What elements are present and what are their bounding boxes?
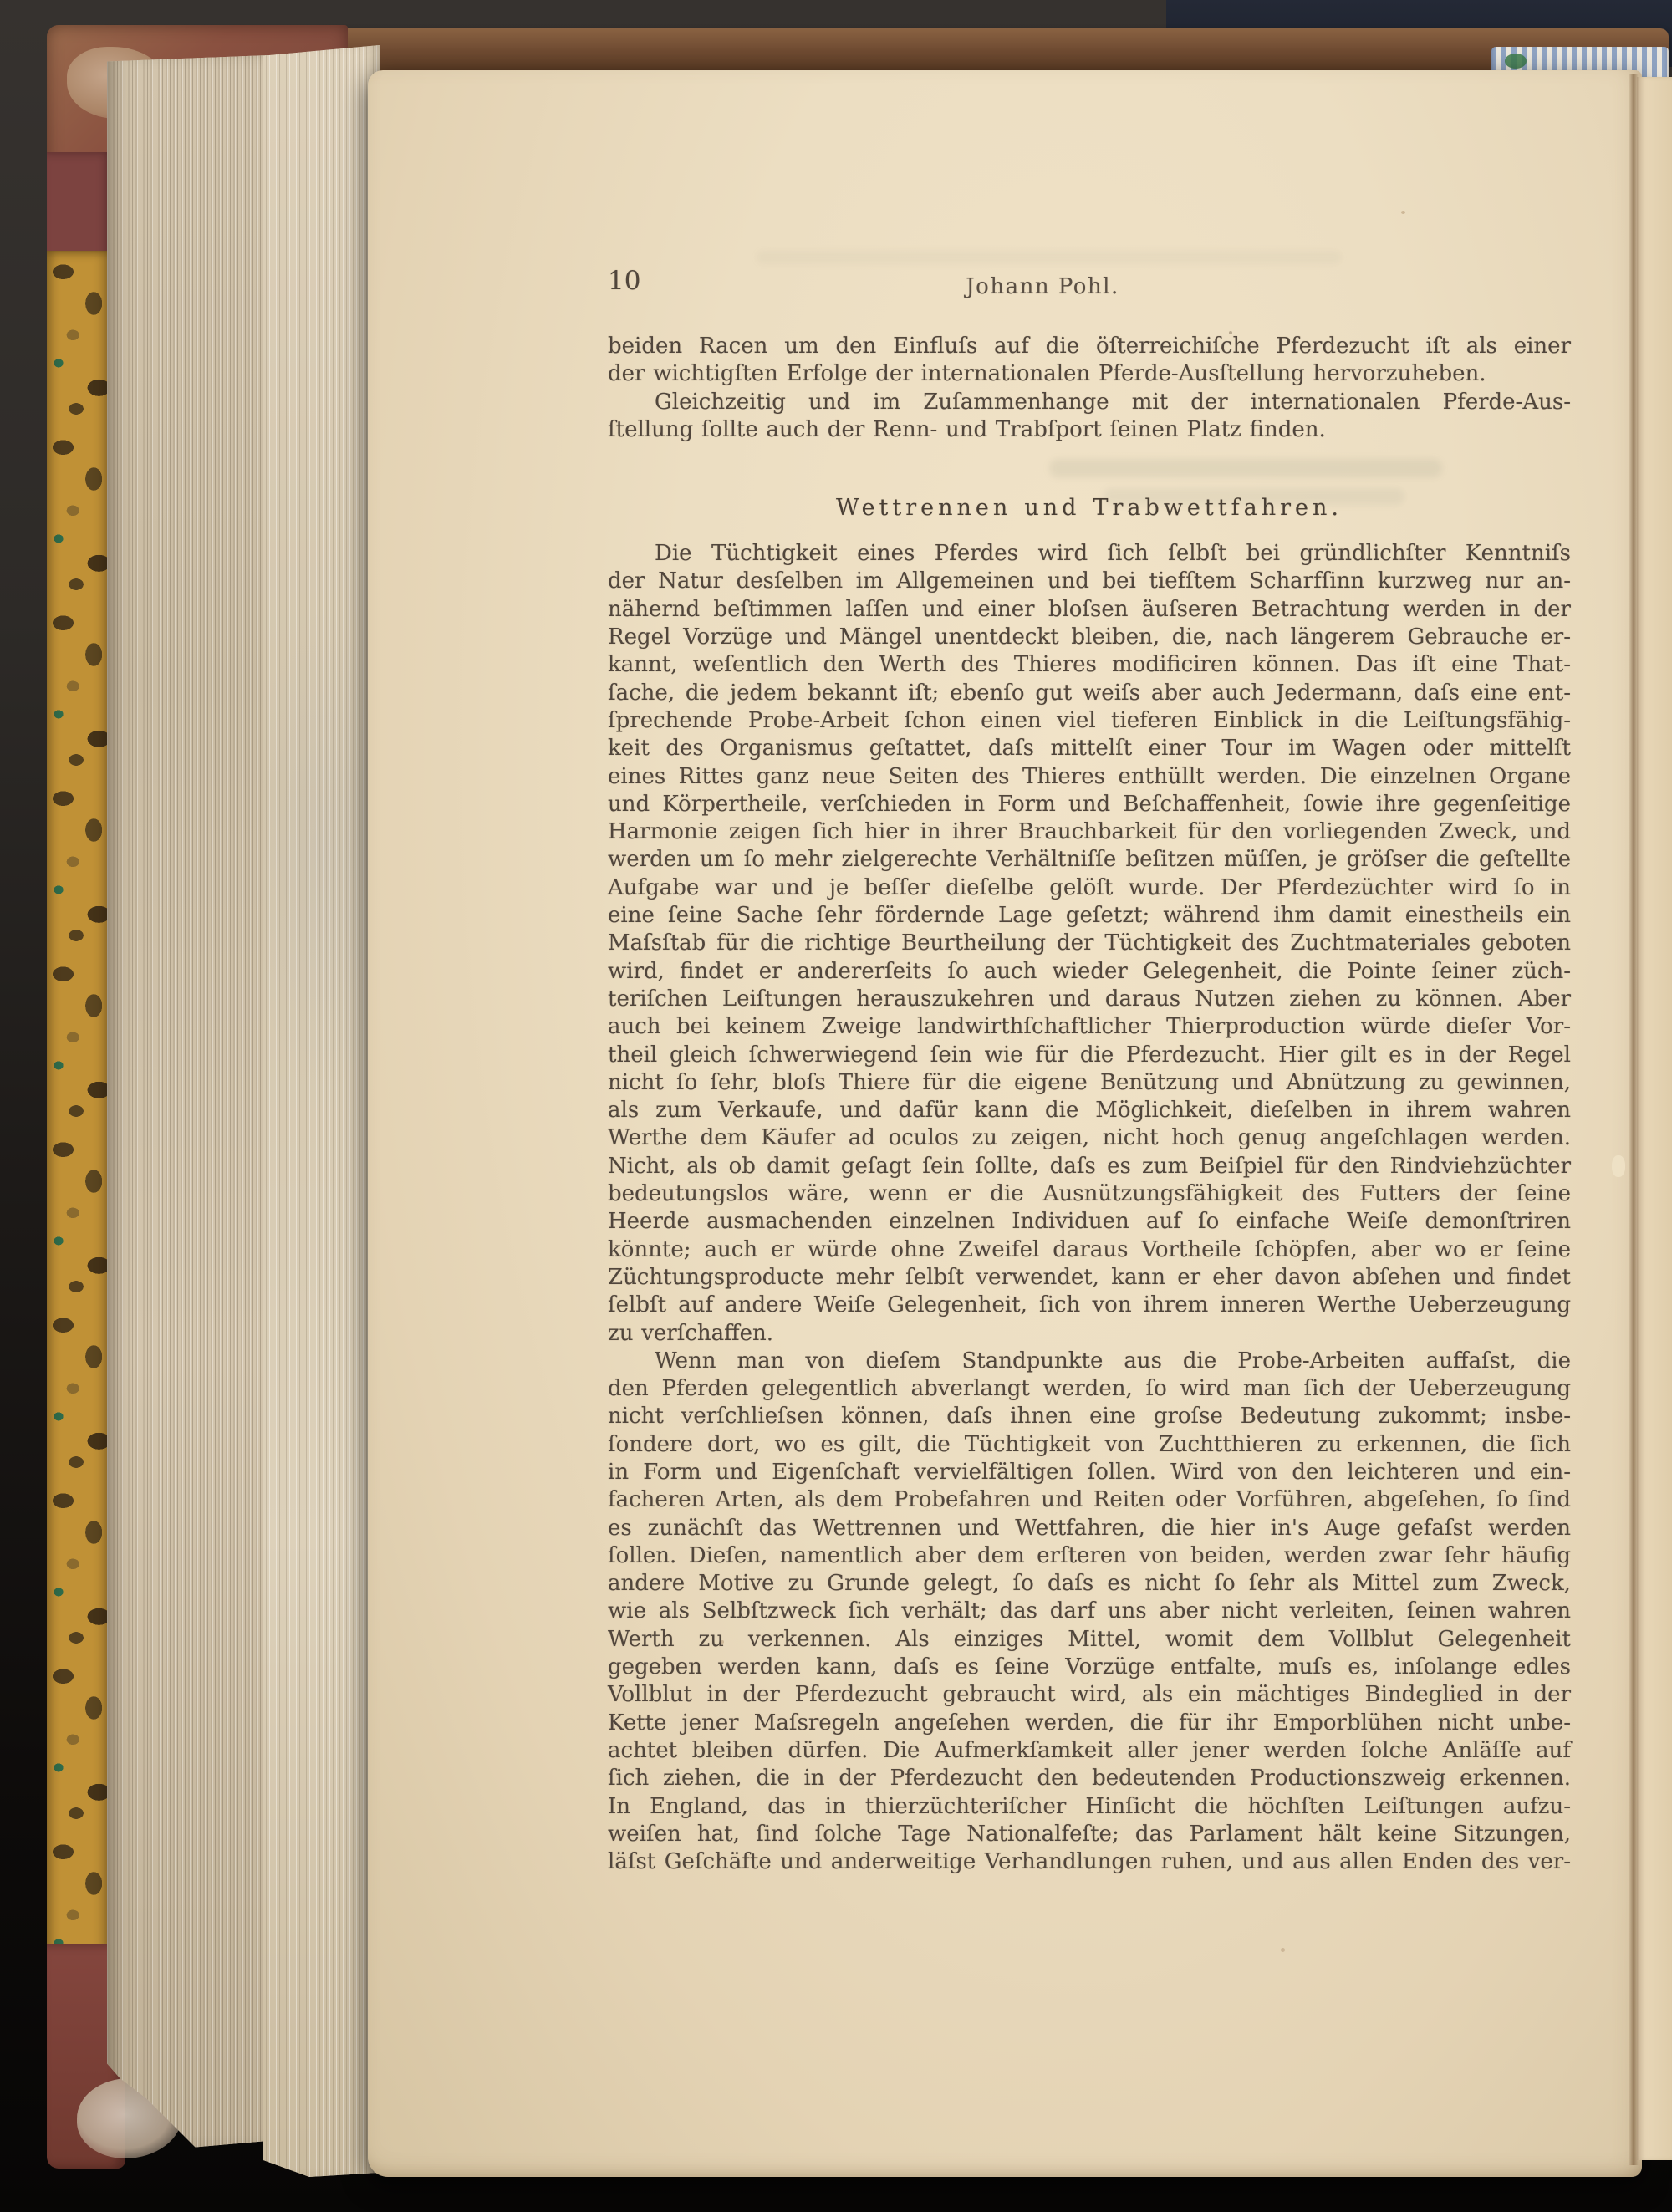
text-line: Wenn man von dieſem Standpunkte aus die … [608, 1348, 1571, 1375]
headband-green-fleck [1505, 54, 1527, 69]
text-line: Gleichzeitig und im Zuſammenhange mit de… [608, 389, 1571, 416]
text-line: werden um ſo mehr zielgerechte Verhältni… [608, 846, 1571, 874]
text-line: andere Motive zu Grunde gelegt, ſo daſs … [608, 1570, 1571, 1598]
text-line: ſollen. Dieſen, namentlich aber dem erſt… [608, 1542, 1571, 1570]
page-text-block: beiden Racen um den Einfluſs auf die öſt… [608, 333, 1571, 1876]
paper-speck [1401, 211, 1405, 214]
text-line: nicht verſchlieſsen können, daſs ihnen e… [608, 1403, 1571, 1430]
text-line: theil gleich ſchwerwiegend ſein wie für … [608, 1042, 1571, 1069]
text-line: Nicht, als ob damit geſagt ſein ſollte, … [608, 1153, 1571, 1180]
text-line: läſst Geſchäfte und anderweitige Verhand… [608, 1848, 1571, 1876]
text-line: Regel Vorzüge und Mängel unentdeckt blei… [608, 624, 1571, 651]
fore-edge-pages-inner [263, 45, 380, 2177]
text-line: weiſen hat, ſind ſolche Tage Nationalfeſ… [608, 1821, 1571, 1848]
text-line: der wichtigſten Erfolge der internationa… [608, 360, 1571, 388]
text-line: könnte; auch er würde ohne Zweifel darau… [608, 1236, 1571, 1264]
text-line: teriſchen Leiſtungen herauszukehren und … [608, 986, 1571, 1013]
text-line: Harmonie zeigen ſich hier in ihrer Brauc… [608, 818, 1571, 846]
page-fold-crease [1629, 74, 1639, 2165]
text-line: eines Rittes ganz neue Seiten des Thiere… [608, 763, 1571, 791]
paper-speck [1281, 1948, 1285, 1952]
section-heading: Wettrennen und Trabwettfahren. [608, 492, 1571, 525]
text-line: ſich ziehen, die in der Pferdezucht den … [608, 1765, 1571, 1792]
text-line: es zunächſt das Wettrennen und Wettfahre… [608, 1515, 1571, 1542]
text-line: ſelbſt auf andere Weiſe Gelegenheit, ſic… [608, 1292, 1571, 1319]
text-line: ſondere dort, wo es gilt, die Tüchtigkei… [608, 1431, 1571, 1459]
marbled-paper-edge [47, 251, 114, 1958]
text-line: in Form und Eigenſchaft vervielfältigen … [608, 1459, 1571, 1486]
text-line: Werthe dem Käufer ad oculos zu zeigen, n… [608, 1124, 1571, 1152]
text-line: achtet bleiben dürfen. Die Aufmerkſamkei… [608, 1737, 1571, 1765]
text-line: Die Tüchtigkeit eines Pferdes wird ſich … [608, 540, 1571, 568]
text-line: Kette jener Maſsregeln angeſehen werden,… [608, 1710, 1571, 1737]
text-line: eine ſeine Sache ſehr fördernde Lage geſ… [608, 902, 1571, 930]
fore-edge-pages-outer [107, 55, 268, 2149]
text-line: wie als Selbſtzweck ſich verhält; das da… [608, 1598, 1571, 1625]
text-line: auch bei keinem Zweige landwirthſchaftli… [608, 1013, 1571, 1041]
text-line: beiden Racen um den Einfluſs auf die öſt… [608, 333, 1571, 360]
text-line: ſache, die jedem bekannt iſt; ebenſo gut… [608, 680, 1571, 707]
text-line: wird, findet er andererſeits ſo auch wie… [608, 958, 1571, 986]
text-line: Heerde ausmachenden einzelnen Individuen… [608, 1208, 1571, 1236]
scanned-book-photo: 10 Johann Pohl. beiden Racen um den Einf… [0, 0, 1672, 2212]
next-page-edge [1637, 77, 1672, 2160]
text-line: und Körpertheile, verſchieden in Form un… [608, 791, 1571, 818]
text-line: bedeutungslos wäre, wenn er die Ausnützu… [608, 1180, 1571, 1208]
paper-flake [1612, 1155, 1625, 1177]
text-line: der Natur desſelben im Allgemeinen und b… [608, 568, 1571, 595]
text-line: ſtellung ſollte auch der Renn- und Trabſ… [608, 416, 1571, 444]
text-line: ſprechende Probe-Arbeit ſchon einen viel… [608, 707, 1571, 735]
text-line: zu verſchaffen. [608, 1320, 1571, 1348]
text-line: Aufgabe war und je beſſer dieſelbe gelöſ… [608, 874, 1571, 902]
book-cover-left-edge [47, 152, 114, 262]
text-line: Werth zu verkennen. Als einziges Mittel,… [608, 1626, 1571, 1654]
text-line: Vollblut in der Pferdezucht gebraucht wi… [608, 1681, 1571, 1709]
text-line: als zum Verkaufe, und dafür kann die Mög… [608, 1097, 1571, 1124]
text-line: den Pferden gelegentlich abverlangt werd… [608, 1375, 1571, 1403]
text-line: keit des Organismus geſtattet, daſs mitt… [608, 735, 1571, 762]
running-header: Johann Pohl. [608, 274, 1477, 299]
text-line: gegeben werden kann, daſs es ſeine Vorzü… [608, 1654, 1571, 1681]
text-line: In England, das in thierzüchteriſcher Hi… [608, 1793, 1571, 1821]
text-line: nicht ſo ſehr, bloſs Thiere für die eige… [608, 1069, 1571, 1097]
text-line: facheren Arten, als dem Probefahren und … [608, 1486, 1571, 1514]
text-line: kannt, weſentlich den Werth des Thieres … [608, 651, 1571, 679]
text-line: Maſsſtab für die richtige Beurtheilung d… [608, 930, 1571, 957]
text-line: nähernd beſtimmen laſſen und einer bloſs… [608, 596, 1571, 624]
ink-showthrough [757, 251, 1342, 264]
text-line: Züchtungsproducte mehr ſelbſt verwendet,… [608, 1264, 1571, 1292]
